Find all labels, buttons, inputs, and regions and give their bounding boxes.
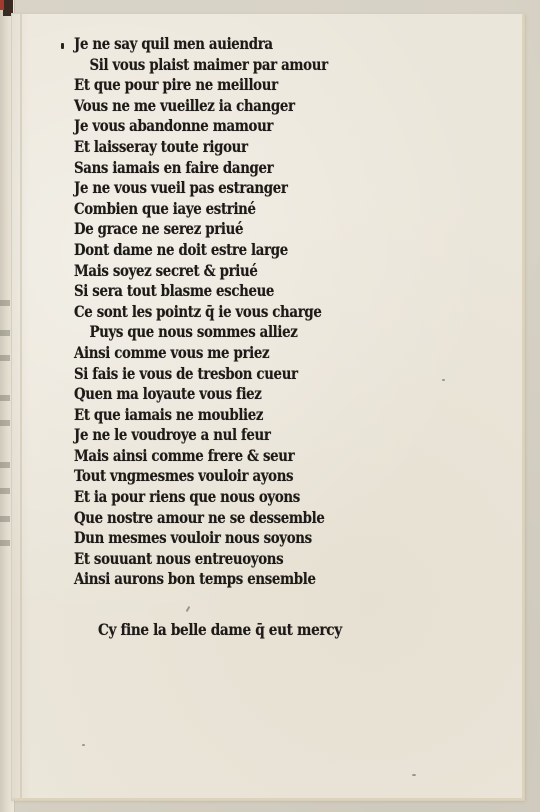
show-through-text <box>0 300 10 306</box>
show-through-text <box>0 395 10 401</box>
show-through-text <box>0 540 10 546</box>
verse-text-block: Je ne say quil men auiendra Sil vous pla… <box>74 34 474 590</box>
show-through-text <box>0 516 10 522</box>
show-through-text <box>0 488 10 494</box>
verse-line: Quen ma loyaute vous fiez <box>74 384 418 405</box>
verse-line: Et souuant nous entreuoyons <box>74 549 418 570</box>
show-through-text <box>0 330 10 336</box>
verse-line: Tout vngmesmes vouloir ayons <box>74 466 418 487</box>
verse-line: De grace ne serez priué <box>74 219 418 240</box>
verse-line: Vous ne me vueillez ia changer <box>74 96 418 117</box>
verse-line: Et que iamais ne moubliez <box>74 405 418 426</box>
verse-line: Ainsi aurons bon temps ensemble <box>74 569 418 590</box>
verse-line: Sans iamais en faire danger <box>74 158 418 179</box>
verse-line: Dont dame ne doit estre large <box>74 240 418 261</box>
verse-line: Puys que nous sommes alliez <box>74 322 418 343</box>
show-through-text <box>0 355 10 361</box>
pilcrow-mark <box>61 43 64 49</box>
foxing-spot <box>412 774 416 776</box>
colophon: Cy fine la belle dame q̄ eut mercy <box>98 620 342 639</box>
verse-line: Que nostre amour ne se dessemble <box>74 508 418 529</box>
verse-line: Sil vous plaist maimer par amour <box>74 55 418 76</box>
verse-line: Je ne vous vueil pas estranger <box>74 178 418 199</box>
show-through-text <box>0 420 10 426</box>
verse-line: Mais ainsi comme frere & seur <box>74 446 418 467</box>
foxing-spot <box>186 606 191 612</box>
verse-line: Et ia pour riens que nous oyons <box>74 487 418 508</box>
verse-line: Et que pour pire ne meillour <box>74 75 418 96</box>
bookmark-tab-red <box>0 0 4 10</box>
verse-line: Je ne le voudroye a nul feur <box>74 425 418 446</box>
verse-line: Dun mesmes vouloir nous soyons <box>74 528 418 549</box>
verse-line: Ainsi comme vous me priez <box>74 343 418 364</box>
verse-line: Ce sont les pointz q̄ ie vous charge <box>74 302 418 323</box>
verse-line: Combien que iaye estriné <box>74 199 418 220</box>
verse-line: Je vous abandonne mamour <box>74 116 418 137</box>
verse-line: Je ne say quil men auiendra <box>74 34 418 55</box>
foxing-spot <box>82 744 85 746</box>
gutter-fold <box>20 14 22 798</box>
show-through-text <box>0 462 10 468</box>
verse-line: Et laisseray toute rigour <box>74 137 418 158</box>
verse-line: Si sera tout blasme escheue <box>74 281 418 302</box>
verse-line: Si fais ie vous de tresbon cueur <box>74 364 418 385</box>
verse-line: Mais soyez secret & priué <box>74 261 418 282</box>
